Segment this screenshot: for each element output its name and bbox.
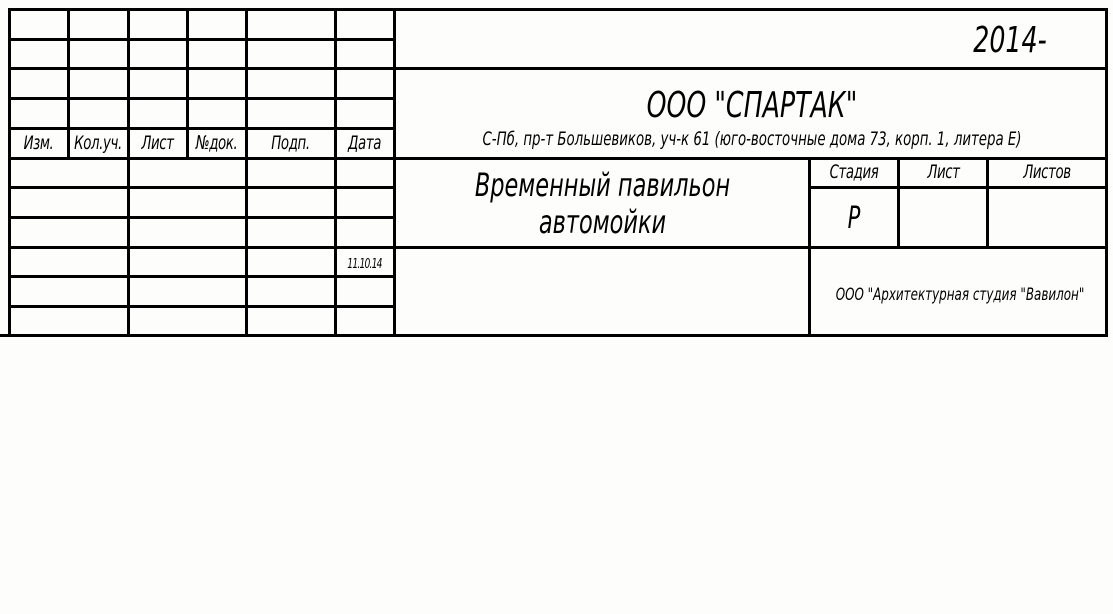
date-value: 11.10.14: [341, 258, 387, 271]
stage-header: Стадия: [819, 163, 889, 182]
grid-line: [897, 157, 900, 249]
grid-line: [9, 157, 1108, 160]
grid-line: [9, 8, 1108, 11]
header-n-dok: №док.: [193, 134, 239, 153]
sheets-header: Листов: [1001, 163, 1093, 182]
grid-line: [986, 157, 989, 249]
header-kol-uch: Кол.уч.: [73, 134, 123, 153]
grid-line: [127, 8, 130, 337]
studio-name: ООО "Архитектурная студия "Вавилон": [827, 287, 1092, 304]
grid-line: [393, 8, 396, 337]
project-title-line2: автомойки: [441, 206, 763, 238]
grid-line: [9, 216, 396, 219]
header-list: Лист: [134, 134, 180, 153]
grid-line: [334, 8, 337, 337]
grid-line: [9, 305, 396, 308]
title-block: Изм. Кол.уч. Лист №док. Подп. Дата 11.10…: [0, 0, 1113, 340]
grid-line: [186, 8, 189, 160]
grid-line: [9, 246, 1108, 249]
grid-line: [9, 67, 1108, 70]
project-title-line1: Временный павильон: [441, 169, 763, 201]
grid-line: [67, 8, 70, 160]
grid-line: [0, 334, 1108, 337]
company-name: ООО "СПАРТАК": [474, 88, 1029, 124]
year-code: 2014-: [955, 23, 1064, 59]
grid-line: [9, 275, 396, 278]
grid-line: [808, 157, 811, 337]
header-izm: Изм.: [15, 134, 61, 153]
sheet-header: Лист: [909, 163, 978, 182]
grid-line: [9, 186, 396, 189]
address: С-Пб, пр-т Большевиков, уч-к 61 (юго-вос…: [474, 130, 1029, 149]
header-data: Дата: [341, 134, 387, 153]
header-podp: Подп.: [256, 134, 325, 153]
grid-line: [1105, 8, 1108, 337]
grid-line: [245, 8, 248, 337]
stage-value: Р: [819, 204, 889, 234]
grid-line: [8, 8, 11, 337]
grid-line: [809, 186, 1108, 189]
